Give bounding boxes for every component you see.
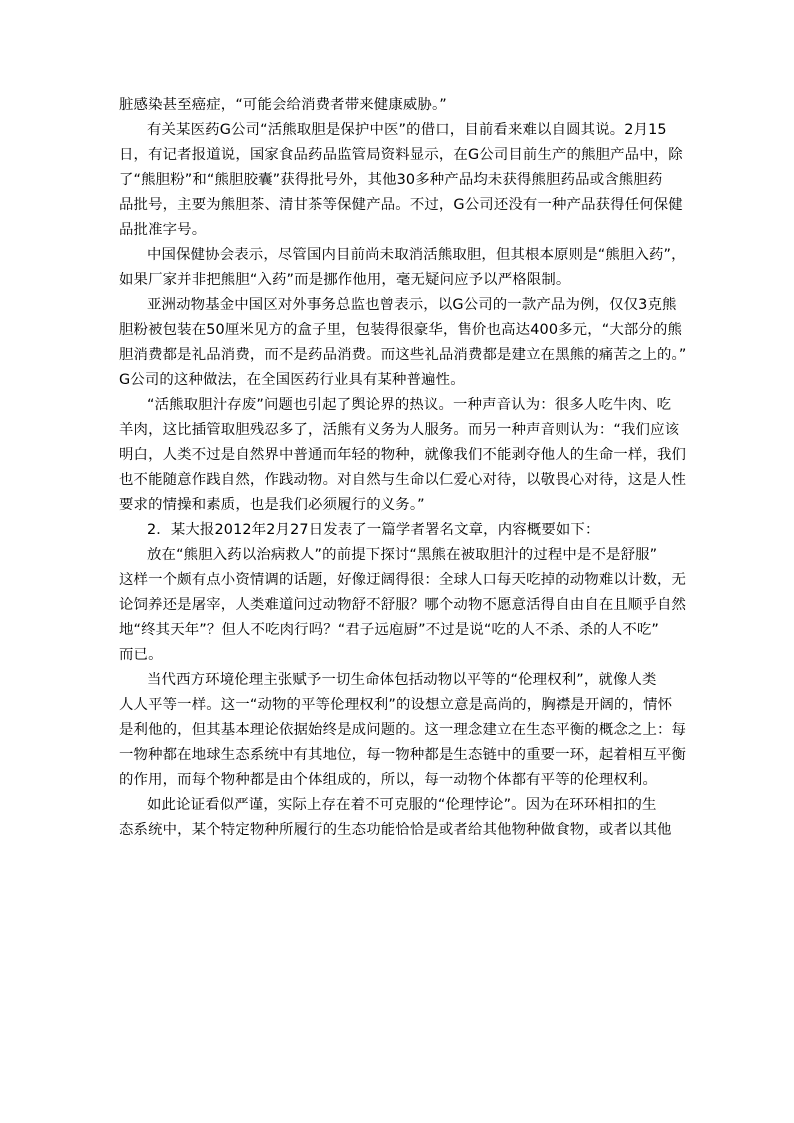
text-line: 脏感染甚至癌症，“可能会给消费者带来健康威胁。”	[119, 93, 447, 118]
text-line: 地“终其天年”？但人不吃肉行吗？“君子远庖厨”不过是说“吃的人不杀、杀的人不吃”	[119, 618, 659, 643]
text-line: 而已。	[119, 643, 163, 668]
numbered-item-line: 2．某大报2012年2月27日发表了一篇学者署名文章，内容概要如下：	[147, 518, 600, 543]
text-line: 日，有记者报道说，国家食品药品监管局资料显示，在G公司目前生产的熊胆产品中，除	[119, 143, 683, 168]
text-line: 如果厂家并非把熊胆“入药”而是挪作他用，毫无疑问应予以严格限制。	[119, 268, 570, 293]
text-line: 是利他的，但其基本理论依据始终是成问题的。这一理念建立在生态平衡的概念之上：每	[119, 718, 686, 743]
text-line: 胆粉被包装在50厘米见方的盒子里，包装得很豪华，售价也高达400多元，“大部分的…	[119, 318, 682, 343]
text-line: 一物种都在地球生态系统中有其地位，每一物种都是生态链中的重要一环，起着相互平衡	[119, 743, 686, 768]
text-line: 的作用，而每个物种都是由个体组成的，所以，每一动物个体都有平等的伦理权利。	[119, 768, 657, 793]
paragraph-start-line: “活熊取胆汁存废”问题也引起了舆论界的热议。一种声音认为：很多人吃牛肉、吃	[147, 393, 671, 418]
paragraph-start-line: 中国保健协会表示，尽管国内目前尚未取消活熊取胆，但其根本原则是“熊胆入药”，	[147, 243, 686, 268]
text-line: 羊肉，这比插管取胆残忍多了，活熊有义务为人服务。而另一种声音则认为：“我们应该	[119, 418, 679, 443]
text-line: 也不能随意作践自然，作践动物。对自然与生命以仁爱心对待，以敬畏心对待，这是人性	[119, 468, 686, 493]
paragraph-start-line: 亚洲动物基金中国区对外事务总监也曾表示，以G公司的一款产品为例，仅仅3克熊	[147, 293, 677, 318]
text-line: 品批号，主要为熊胆茶、清甘茶等保健产品。不过，G公司还没有一种产品获得任何保健	[119, 193, 683, 218]
text-line: 人人平等一样。这一“动物的平等伦理权利”的设想立意是高尚的，胸襟是开阔的，情怀	[119, 693, 672, 718]
text-line: 这样一个颇有点小资情调的话题，好像迂阔得很：全球人口每天吃掉的动物难以计数，无	[119, 568, 686, 593]
paragraph-start-line: 放在“熊胆入药以治病救人”的前提下探讨“黑熊在被取胆汁的过程中是不是舒服”	[147, 543, 657, 568]
text-line: G公司的这种做法，在全国医药行业具有某种普遍性。	[119, 368, 465, 393]
text-line: 了“熊胆粉”和“熊胆胶囊”获得批号外，其他30多种产品均未获得熊胆药品或含熊胆药	[119, 168, 662, 193]
text-line: 品批准字号。	[119, 218, 206, 243]
paragraph-start-line: 如此论证看似严谨，实际上存在着不可克服的“伦理悖论”。因为在环环相扣的生	[147, 793, 657, 818]
text-line: 论饲养还是屠宰，人类难道问过动物舒不舒服？哪个动物不愿意活得自由自在且顺乎自然	[119, 593, 686, 618]
text-line: 胆消费都是礼品消费，而不是药品消费。而这些礼品消费都是建立在黑熊的痛苦之上的。”	[119, 343, 687, 368]
paragraph-start-line: 当代西方环境伦理主张赋予一切生命体包括动物以平等的“伦理权利”，就像人类	[147, 668, 657, 693]
paragraph-start-line: 有关某医药G公司“活熊取胆是保护中医”的借口，目前看来难以自圆其说。2月15	[147, 118, 667, 143]
text-line: 明白，人类不过是自然界中普通而年轻的物种，就像我们不能剥夺他人的生命一样，我们	[119, 443, 686, 468]
text-line: 态系统中，某个特定物种所履行的生态功能恰恰是或者给其他物种做食物，或者以其他	[119, 818, 672, 843]
text-line: 要求的情操和素质，也是我们必须履行的义务。”	[119, 493, 425, 518]
